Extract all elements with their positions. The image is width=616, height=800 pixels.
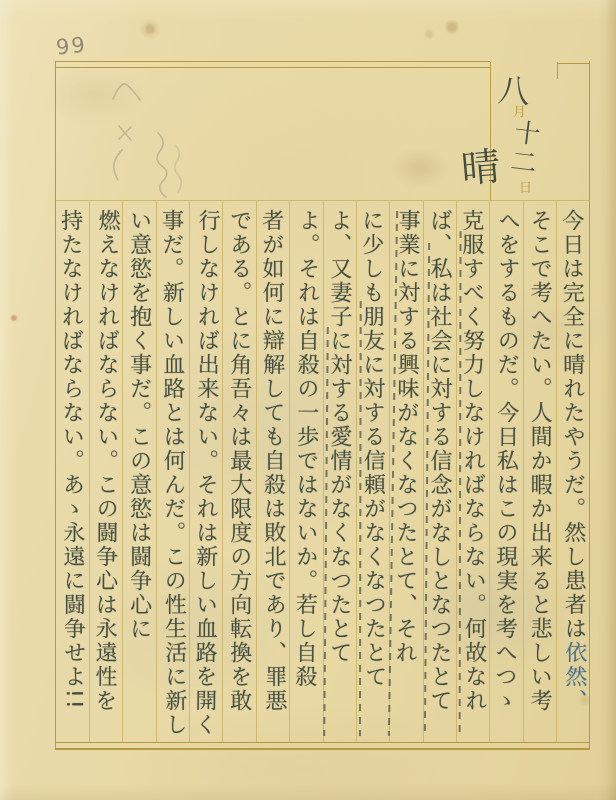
pencil-mark-caret (113, 84, 140, 100)
page-number: 99 (55, 32, 88, 59)
diary-page-photo: 99 八 月 十二 日 晴 今日は完全に晴れたやうだ。然し患者は依然、そこで考へ… (0, 0, 616, 800)
handwritten-text: に少しも朋友に対する信頼がなくなつたとて (358, 209, 386, 689)
pencil-mark-hook (114, 150, 122, 180)
handwritten-text: である。とに角吾々は最大限度の方向転換を敢 (227, 209, 252, 713)
handwritten-text: 克服すべく努力しなければならない。何故なれ (459, 209, 488, 713)
sheet-border-top-inner (55, 67, 490, 68)
text-column: 行しなければ出来ない。それは新しい血路を開く (187, 201, 224, 742)
text-column: 今日は完全に晴れたやうだ。然し患者は依然、 (554, 201, 591, 742)
handwritten-text: 今日は完全に晴れたやうだ。然し患者は (559, 209, 587, 641)
handwritten-text: へをするものだ。今日私はこの現実を考へつゝ (492, 209, 521, 713)
handwritten-text: ば、私は社会に対する信念がなしとなつたとて (427, 209, 452, 713)
date-day-handwritten: 十二 (502, 117, 546, 179)
date-column-right-tick (557, 62, 558, 79)
text-column: い意慾を抱く事だ。この意慾は闘争心に (122, 201, 155, 742)
handwritten-text-blue-ink: 依然、 (562, 641, 588, 713)
sheet-border-top-right (557, 63, 590, 64)
text-column: よ、又妻子に対する愛情がなくなつたとて (322, 201, 355, 742)
text-column: ば、私は社会に対する信念がなしとなつたとて (423, 201, 456, 742)
text-column: 燃えなければならない。この闘争心は永遠性を (87, 201, 124, 742)
handwritten-text: 行しなければ出来ない。それは新しい血路を開く (192, 209, 221, 737)
weather-note: 晴 (459, 135, 503, 194)
text-column: へをするものだ。今日私はこの現実を考へつゝ (487, 201, 524, 742)
pencil-mark-scribble-1 (157, 133, 167, 197)
handwritten-text: 事だ。新しい血路とは何んだ。この性生活に新し (158, 209, 187, 737)
text-column: 事だ。新しい血路とは何んだ。この性生活に新し (154, 201, 191, 742)
day-label-printed: 日 (519, 177, 532, 196)
pencil-mark-cross (119, 126, 131, 140)
text-column: そこで考へたい。人間か暇か出来ると悲しい考 (523, 201, 556, 742)
handwritten-text: よ、又妻子に対する愛情がなくなつたとて (327, 209, 352, 665)
text-column: 事業に対する興味がなくなつたとて、それ (387, 201, 424, 742)
sheet-border-bottom-inner (55, 742, 590, 743)
handwritten-text: 持たなければならない。あゝ永遠に闘争せよ!! (58, 209, 87, 711)
text-column: 者が如何に辯解しても自殺は敗北であり、罪悪 (254, 201, 291, 742)
text-column: よ。それは自殺の一歩ではないか。若し自殺 (287, 201, 324, 742)
text-grid: 今日は完全に晴れたやうだ。然し患者は依然、そこで考へたい。人間か暇か出来ると悲し… (56, 201, 590, 742)
text-column: 克服すべく努力しなければならない。何故なれ (454, 201, 491, 742)
handwritten-text: 者が如何に辯解しても自殺は敗北であり、罪悪 (258, 209, 287, 713)
pencil-mark-scribble-2 (175, 146, 181, 192)
sheet-border-top-outer (55, 61, 490, 62)
text-column: に少しも朋友に対する信頼がなくなつたとて (354, 201, 391, 742)
handwritten-text: そこで考へたい。人間か暇か出来ると悲しい考 (527, 209, 552, 713)
handwritten-text: 燃えなければならない。この闘争心は永遠性を (92, 209, 121, 713)
handwritten-text: い意慾を抱く事だ。この意慾は闘争心に (127, 209, 152, 641)
sheet-border-bottom-outer (55, 748, 590, 750)
text-column: である。とに角吾々は最大限度の方向転換を敢 (222, 201, 255, 742)
text-column: 持たなければならない。あゝ永遠に闘争せよ!! (54, 201, 91, 742)
handwritten-text: よ。それは自殺の一歩ではないか。若し自殺 (292, 209, 320, 689)
